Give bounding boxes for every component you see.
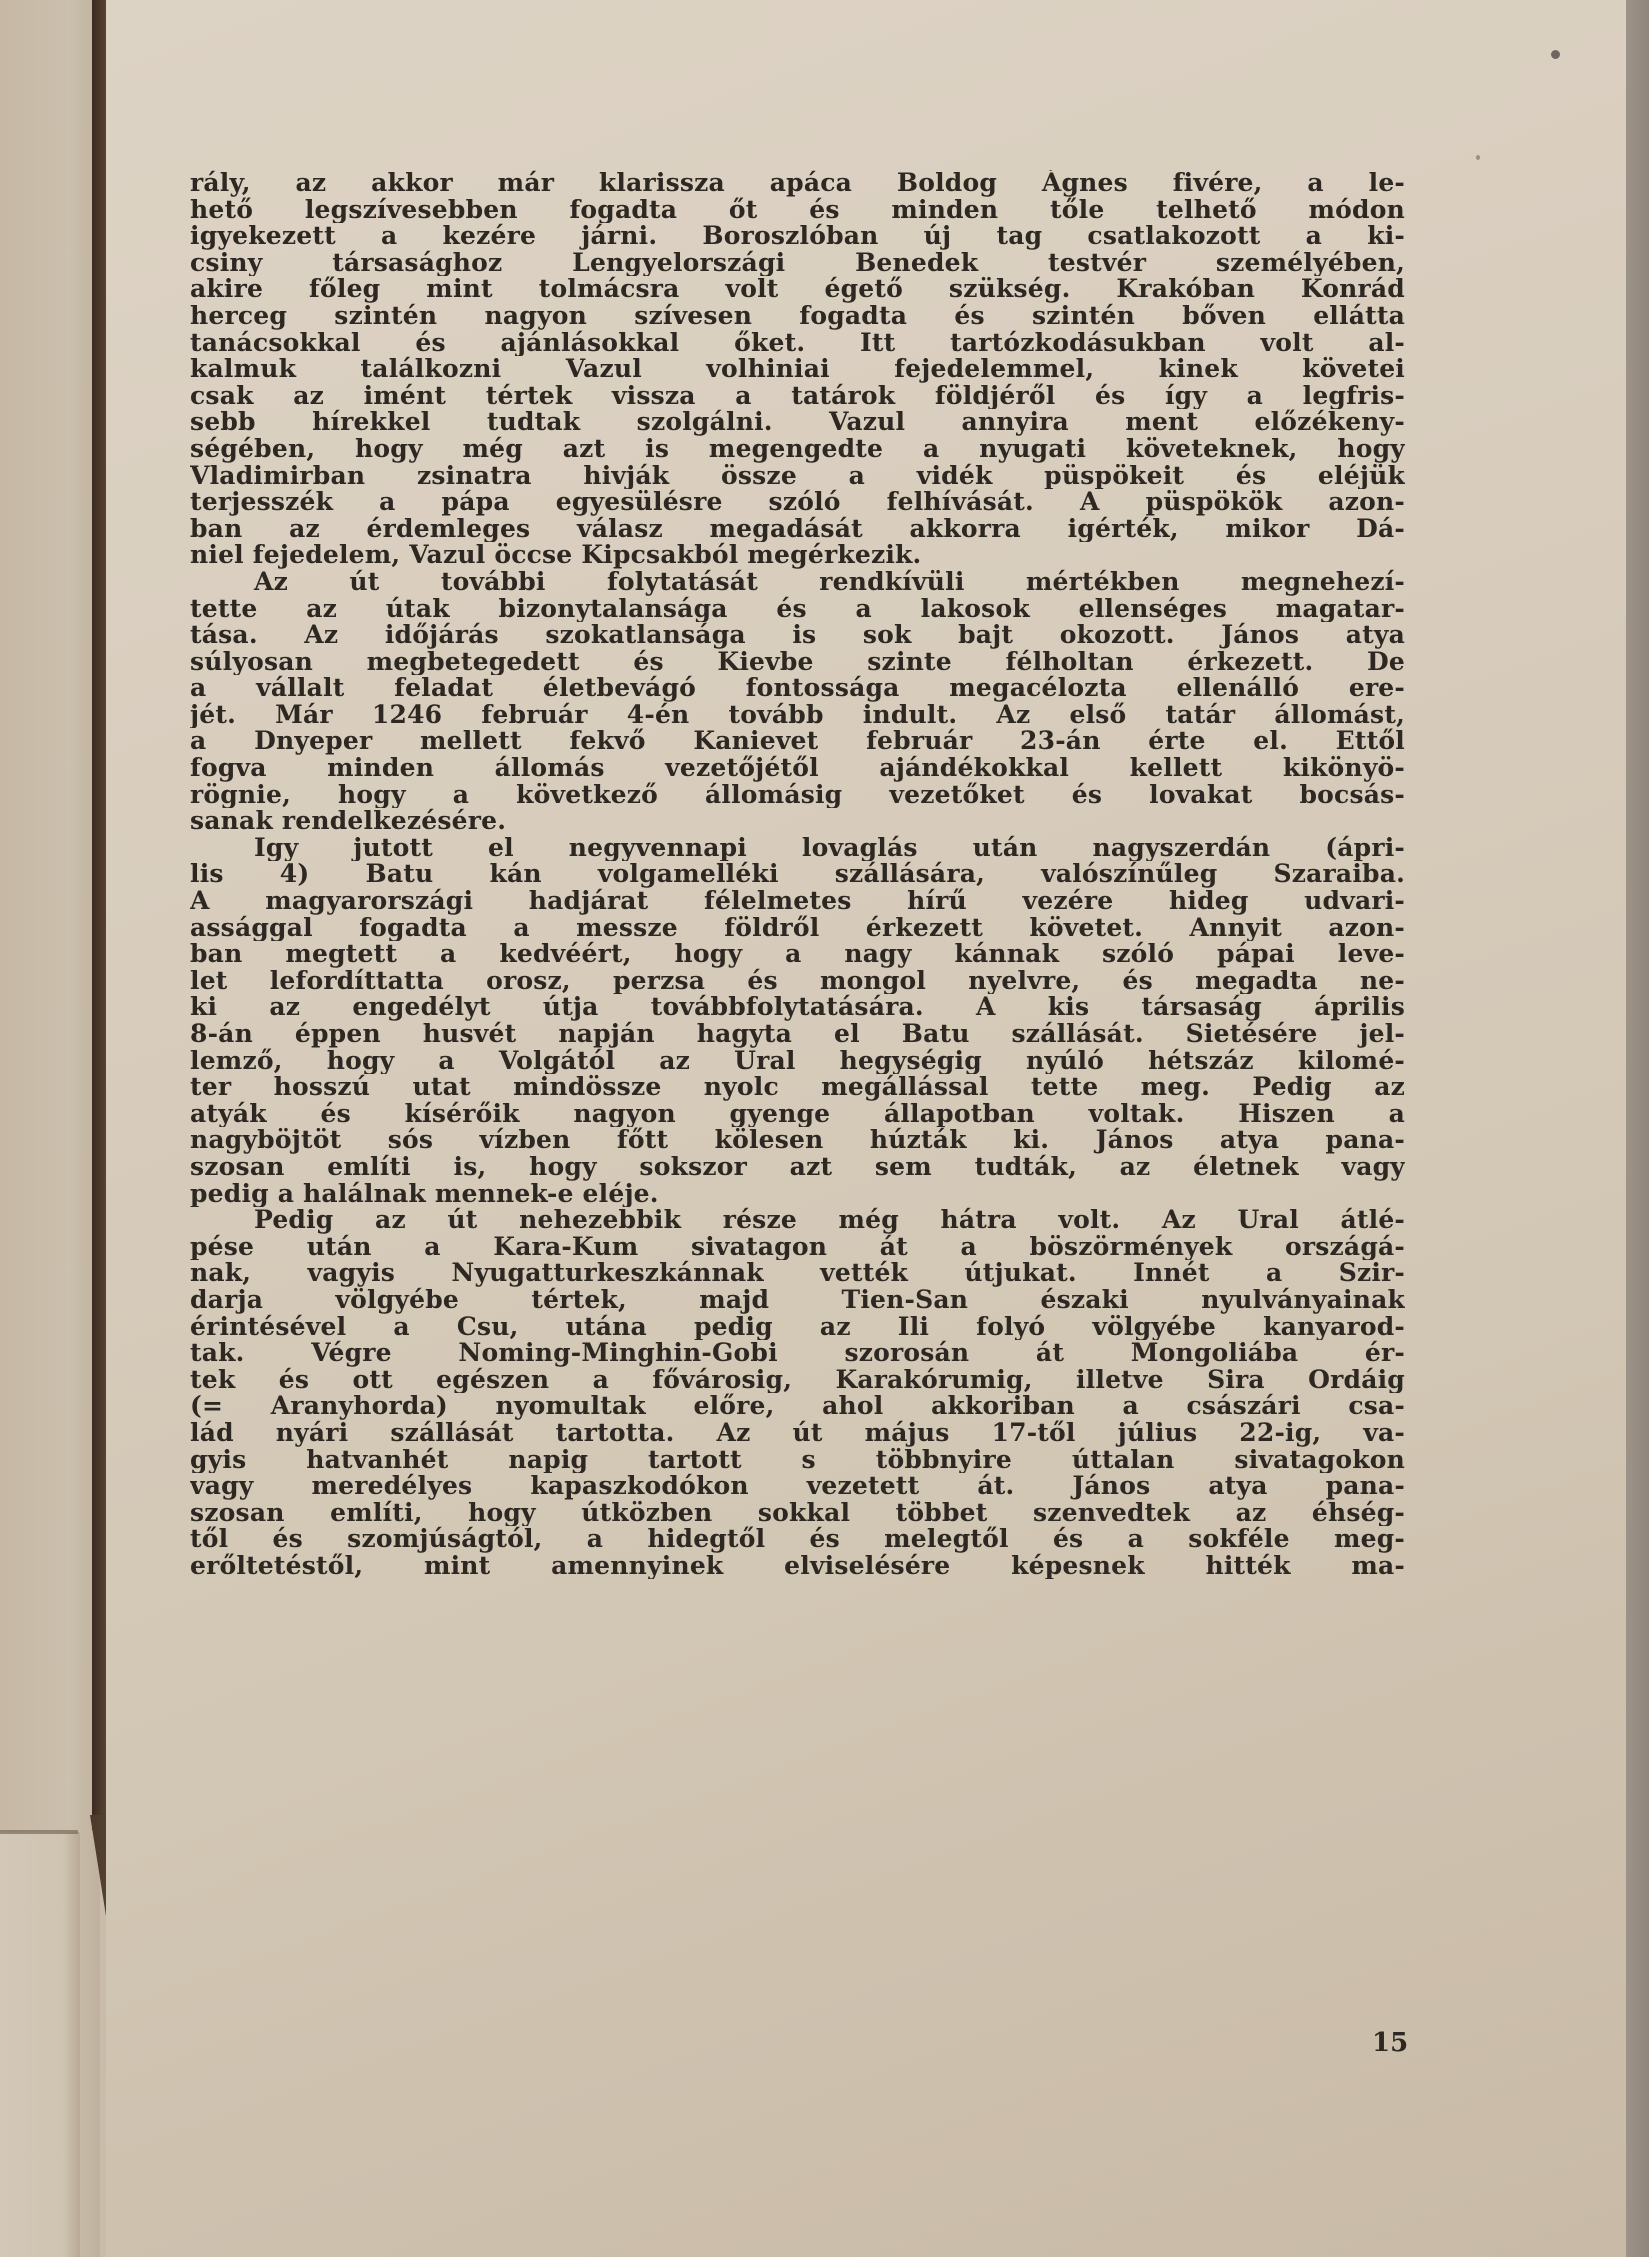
text-line: nagyböjtöt sós vízben főtt kölesen húztá… — [190, 1127, 1405, 1154]
text-line: szosan említi is, hogy sokszor azt sem t… — [190, 1154, 1405, 1181]
left-page-torn-section — [0, 1832, 80, 2257]
text-line: Az út további folytatását rendkívüli mér… — [190, 569, 1405, 596]
text-line: ban az érdemleges válasz megadását akkor… — [190, 516, 1405, 543]
text-line: vagy meredélyes kapaszkodókon vezetett á… — [190, 1473, 1405, 1500]
text-line: erőltetéstől, mint amennyinek elviselésé… — [190, 1553, 1405, 1580]
text-line: Vladimirban zsinatra hivják össze a vidé… — [190, 463, 1405, 490]
text-line: assággal fogadta a messze földről érkeze… — [190, 915, 1405, 942]
text-line: lemző, hogy a Volgától az Ural hegységig… — [190, 1048, 1405, 1075]
text-line: igyekezett a kezére járni. Boroszlóban ú… — [190, 223, 1405, 250]
text-line: szosan említi, hogy útközben sokkal több… — [190, 1500, 1405, 1527]
text-line: akire főleg mint tolmácsra volt égető sz… — [190, 276, 1405, 303]
text-line: Pedig az út nehezebbik része még hátra v… — [190, 1207, 1405, 1234]
text-line: tette az útak bizonytalansága és a lakos… — [190, 596, 1405, 623]
text-line: atyák és kísérőik nagyon gyenge állapotb… — [190, 1101, 1405, 1128]
text-line: ter hosszú utat mindössze nyolc megállás… — [190, 1074, 1405, 1101]
body-text: rály, az akkor már klarissza apáca Boldo… — [190, 170, 1405, 1579]
text-line: lis 4) Batu kán volgamelléki szállására,… — [190, 861, 1405, 888]
text-line: fogva minden állomás vezetőjétől ajándék… — [190, 755, 1405, 782]
page-number: 15 — [1372, 2028, 1408, 2058]
ink-speck — [1551, 50, 1560, 59]
text-line: jét. Már 1246 február 4-én tovább indult… — [190, 702, 1405, 729]
text-line: tek és ott egészen a fővárosig, Karakóru… — [190, 1367, 1405, 1394]
text-line: a Dnyeper mellett fekvő Kanievet február… — [190, 728, 1405, 755]
text-line: gyis hatvanhét napig tartott s többnyire… — [190, 1447, 1405, 1474]
text-line: 8-án éppen husvét napján hagyta el Batu … — [190, 1021, 1405, 1048]
text-line: niel fejedelem, Vazul öccse Kipcsakból m… — [190, 542, 1405, 569]
text-line: sanak rendelkezésére. — [190, 808, 1405, 835]
text-line: A magyarországi hadjárat félelmetes hírű… — [190, 888, 1405, 915]
text-line: Igy jutott el negyvennapi lovaglás után … — [190, 835, 1405, 862]
text-line: ki az engedélyt útja továbbfolytatására.… — [190, 994, 1405, 1021]
tear-line — [0, 1830, 78, 1834]
text-line: csak az imént tértek vissza a tatárok fö… — [190, 383, 1405, 410]
background-edge — [1626, 0, 1649, 2257]
text-line: (= Aranyhorda) nyomultak előre, ahol akk… — [190, 1393, 1405, 1420]
text-line: pése után a Kara-Kum sivatagon át a bösz… — [190, 1234, 1405, 1261]
text-line: a vállalt feladat életbevágó fontossága … — [190, 675, 1405, 702]
text-line: ségében, hogy még azt is megengedte a ny… — [190, 436, 1405, 463]
text-line: súlyosan megbetegedett és Kievbe szinte … — [190, 649, 1405, 676]
text-line: hető legszívesebben fogadta őt és minden… — [190, 197, 1405, 224]
text-line: érintésével a Csu, utána pedig az Ili fo… — [190, 1314, 1405, 1341]
text-line: csiny társasághoz Lengyelországi Benedek… — [190, 250, 1405, 277]
text-line: tanácsokkal és ajánlásokkal őket. Itt ta… — [190, 330, 1405, 357]
text-line: rály, az akkor már klarissza apáca Boldo… — [190, 170, 1405, 197]
text-line: darja völgyébe tértek, majd Tien-San ész… — [190, 1287, 1405, 1314]
text-line: től és szomjúságtól, a hidegtől és meleg… — [190, 1526, 1405, 1553]
text-line: lád nyári szállását tartotta. Az út máju… — [190, 1420, 1405, 1447]
text-line: sebb hírekkel tudtak szolgálni. Vazul an… — [190, 409, 1405, 436]
text-line: tása. Az időjárás szokatlansága is sok b… — [190, 622, 1405, 649]
text-line: terjesszék a pápa egyesülésre szóló felh… — [190, 489, 1405, 516]
text-line: let lefordíttatta orosz, perzsa és mongo… — [190, 968, 1405, 995]
text-line: ban megtett a kedvéért, hogy a nagy kánn… — [190, 941, 1405, 968]
text-line: nak, vagyis Nyugatturkeszkánnak vették ú… — [190, 1260, 1405, 1287]
text-line: pedig a halálnak mennek-e eléje. — [190, 1181, 1405, 1208]
text-line: kalmuk találkozni Vazul volhiniai fejede… — [190, 356, 1405, 383]
text-line: herceg szintén nagyon szívesen fogadta é… — [190, 303, 1405, 330]
ink-speck — [1476, 155, 1480, 160]
text-line: tak. Végre Noming-Minghin-Gobi szorosán … — [190, 1340, 1405, 1367]
text-line: rögnie, hogy a következő állomásig vezet… — [190, 782, 1405, 809]
